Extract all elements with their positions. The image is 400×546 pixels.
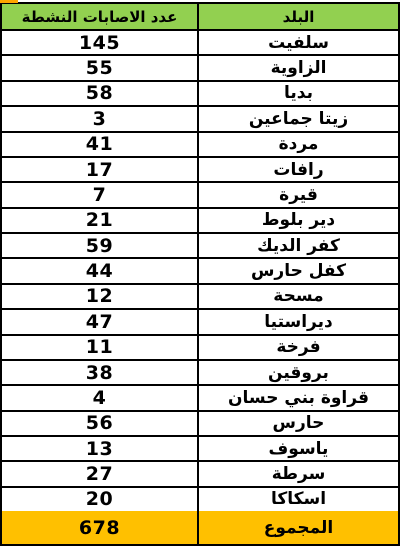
count-cell: 13: [2, 437, 199, 460]
town-name: اسكاكا: [271, 489, 326, 509]
count-value: 12: [86, 285, 113, 307]
table-row: 4 قراوة بني حسان: [2, 386, 398, 411]
town-cell: بديا: [199, 82, 398, 105]
count-cell: 4: [2, 386, 199, 409]
count-cell: 55: [2, 56, 199, 79]
count-cell: 44: [2, 259, 199, 282]
header-town-cell: البلد: [199, 4, 398, 29]
town-cell: بروقين: [199, 361, 398, 384]
town-cell: قيرة: [199, 183, 398, 206]
table-row: 12 مسحة: [2, 285, 398, 310]
count-value: 27: [86, 463, 113, 485]
table-row: 7 قيرة: [2, 183, 398, 208]
count-value: 17: [86, 159, 113, 181]
count-value: 38: [86, 362, 113, 384]
town-cell: مردة: [199, 133, 398, 156]
town-cell: اسكاكا: [199, 488, 398, 511]
table-row: 55 الزاوية: [2, 56, 398, 81]
town-cell: ديراستيا: [199, 310, 398, 333]
count-cell: 21: [2, 209, 199, 232]
top-left-orange-sliver: [0, 0, 18, 3]
table-screenshot: عدد الاصابات النشطة البلد 145 سلفيت 55 ا…: [0, 0, 400, 546]
count-value: 20: [86, 488, 113, 510]
count-cell: 145: [2, 31, 199, 54]
town-name: بروقين: [268, 363, 329, 383]
town-cell: حارس: [199, 412, 398, 435]
town-cell: كفل حارس: [199, 259, 398, 282]
active-cases-table: عدد الاصابات النشطة البلد 145 سلفيت 55 ا…: [0, 2, 400, 546]
town-name: فرخة: [276, 337, 320, 357]
town-cell: رافات: [199, 158, 398, 181]
count-cell: 7: [2, 183, 199, 206]
town-name: ياسوف: [269, 439, 329, 459]
count-cell: 12: [2, 285, 199, 308]
count-cell: 17: [2, 158, 199, 181]
table-row: 27 سرطة: [2, 462, 398, 487]
town-cell: ياسوف: [199, 437, 398, 460]
town-name: الزاوية: [271, 58, 327, 78]
count-value: 3: [93, 108, 107, 130]
town-cell: مسحة: [199, 285, 398, 308]
table-row: 41 مردة: [2, 133, 398, 158]
town-name: حارس: [273, 413, 325, 433]
header-count-cell: عدد الاصابات النشطة: [2, 4, 199, 29]
table-row: 44 كفل حارس: [2, 259, 398, 284]
town-name: مسحة: [273, 286, 323, 306]
count-cell: 20: [2, 488, 199, 511]
town-name: قراوة بني حسان: [228, 388, 369, 408]
count-cell: 59: [2, 234, 199, 257]
town-cell: قراوة بني حسان: [199, 386, 398, 409]
town-cell: الزاوية: [199, 56, 398, 79]
town-name: زيتا جماعين: [249, 109, 348, 129]
count-cell: 38: [2, 361, 199, 384]
town-cell: زيتا جماعين: [199, 107, 398, 130]
count-value: 7: [93, 184, 107, 206]
town-name: سرطة: [272, 464, 326, 484]
town-cell: كفر الديك: [199, 234, 398, 257]
table-row: 11 فرخة: [2, 336, 398, 361]
count-cell: 41: [2, 133, 199, 156]
count-cell: 27: [2, 462, 199, 485]
town-cell: دير بلوط: [199, 209, 398, 232]
town-name: بديا: [284, 83, 313, 103]
total-row: 678 المجموع: [2, 511, 398, 544]
count-value: 58: [86, 82, 113, 104]
count-value: 41: [86, 133, 113, 155]
total-value-cell: 678: [2, 511, 199, 544]
table-row: 47 ديراستيا: [2, 310, 398, 335]
table-row: 59 كفر الديك: [2, 234, 398, 259]
count-value: 44: [86, 260, 113, 282]
table-row: 145 سلفيت: [2, 31, 398, 56]
count-cell: 56: [2, 412, 199, 435]
total-value: 678: [79, 517, 120, 539]
header-count-label: عدد الاصابات النشطة: [22, 8, 178, 26]
header-town-label: البلد: [283, 8, 315, 26]
town-name: كفل حارس: [251, 261, 346, 281]
table-row: 38 بروقين: [2, 361, 398, 386]
count-cell: 3: [2, 107, 199, 130]
town-name: سلفيت: [268, 33, 329, 53]
count-value: 145: [79, 32, 120, 54]
count-value: 55: [86, 57, 113, 79]
count-value: 59: [86, 235, 113, 257]
town-name: ديراستيا: [264, 312, 333, 332]
town-name: قيرة: [279, 185, 318, 205]
count-value: 21: [86, 209, 113, 231]
count-value: 47: [86, 311, 113, 333]
total-label: المجموع: [264, 518, 334, 538]
town-name: دير بلوط: [262, 210, 335, 230]
count-value: 13: [86, 438, 113, 460]
count-cell: 47: [2, 310, 199, 333]
table-row: 3 زيتا جماعين: [2, 107, 398, 132]
table-row: 21 دير بلوط: [2, 209, 398, 234]
table-row: 20 اسكاكا: [2, 488, 398, 511]
table-body: 145 سلفيت 55 الزاوية 58 بديا 3 زيتا جماع…: [2, 31, 398, 511]
count-value: 11: [86, 336, 113, 358]
town-cell: سرطة: [199, 462, 398, 485]
header-row: عدد الاصابات النشطة البلد: [2, 4, 398, 31]
table-row: 56 حارس: [2, 412, 398, 437]
town-name: رافات: [273, 160, 323, 180]
total-label-cell: المجموع: [199, 511, 398, 544]
table-row: 13 ياسوف: [2, 437, 398, 462]
town-cell: فرخة: [199, 336, 398, 359]
table-row: 58 بديا: [2, 82, 398, 107]
count-value: 56: [86, 412, 113, 434]
count-cell: 58: [2, 82, 199, 105]
table-row: 17 رافات: [2, 158, 398, 183]
count-value: 4: [93, 387, 107, 409]
count-cell: 11: [2, 336, 199, 359]
town-name: مردة: [279, 134, 319, 154]
town-name: كفر الديك: [257, 236, 340, 256]
town-cell: سلفيت: [199, 31, 398, 54]
